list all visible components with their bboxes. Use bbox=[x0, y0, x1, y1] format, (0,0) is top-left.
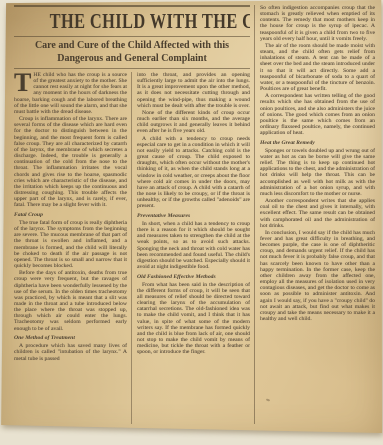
paragraph: So often indigestion accompanies croup t… bbox=[260, 5, 375, 42]
column-3: So often indigestion accompanies croup t… bbox=[254, 5, 375, 424]
page-title-text: THE CHILD WITH THE CROUP bbox=[50, 9, 250, 34]
paragraph: In conclusion, I would say if the child … bbox=[260, 230, 375, 322]
newspaper-clipping: THE CHILD WITH THE CROUP Care and Cure o… bbox=[0, 0, 382, 440]
section-heading: Old Fashioned Effective Methods bbox=[137, 274, 250, 281]
subtitle-under-rule bbox=[14, 68, 250, 69]
paragraph: The air of the room should be made moist… bbox=[260, 43, 375, 92]
section-heading: Heat the Great Remedy bbox=[260, 140, 375, 147]
paragraph: A correspondent has written telling of t… bbox=[260, 93, 375, 136]
subtitle-line-2: Dangerous and General Complaint bbox=[14, 53, 250, 66]
paragraph: None of the different kinds of croup occ… bbox=[137, 110, 250, 135]
column-1: THE child who has the croup is a source … bbox=[14, 72, 131, 424]
page-title: THE CHILD WITH THE CROUP bbox=[14, 7, 250, 36]
paragraph: into the throat, and provides an opening… bbox=[137, 72, 250, 109]
paragraph: Another correspondent writes that she ap… bbox=[260, 198, 375, 229]
paragraph: A child with a tendency to croup needs e… bbox=[137, 136, 250, 210]
drop-cap: T bbox=[14, 72, 31, 93]
body-columns: THE child who has the croup is a source … bbox=[14, 72, 250, 424]
section-heading: One Method of Treatment bbox=[14, 335, 127, 342]
subtitle: Care and Cure of the Child Affected with… bbox=[14, 37, 250, 68]
paragraph: The true fatal form of croup is really d… bbox=[14, 220, 127, 269]
section-heading: Fatal Croup bbox=[14, 212, 127, 219]
paragraph: Croup is inflammation of the larynx. The… bbox=[14, 116, 127, 208]
section-heading: Preventative Measures bbox=[137, 213, 250, 220]
paper-speck bbox=[3, 36, 5, 45]
paragraph: Before the days of antitoxin, deaths fro… bbox=[14, 270, 127, 332]
clipping-content: THE CHILD WITH THE CROUP Care and Cure o… bbox=[14, 5, 375, 424]
subtitle-line-1: Care and Cure of the Child Affected with… bbox=[14, 40, 250, 53]
paragraph: From what has been said in the descripti… bbox=[137, 282, 250, 356]
clipping-shadow-wrap: THE CHILD WITH THE CROUP Care and Cure o… bbox=[0, 0, 383, 445]
column-2: into the throat, and provides an opening… bbox=[131, 72, 250, 424]
newspaper-scan: THE CHILD WITH THE CROUP Care and Cure o… bbox=[0, 0, 383, 445]
paragraph: Sponges or towels doubled up and wrung o… bbox=[260, 148, 375, 197]
paragraph: A procedure which has saved many lives o… bbox=[14, 343, 127, 361]
masthead-and-first-columns: THE CHILD WITH THE CROUP Care and Cure o… bbox=[14, 5, 250, 424]
paragraph: In short, when a child has a tendency to… bbox=[137, 221, 250, 270]
paragraph: THE child who has the croup is a source … bbox=[14, 72, 127, 115]
paper-speck bbox=[1, 96, 4, 102]
